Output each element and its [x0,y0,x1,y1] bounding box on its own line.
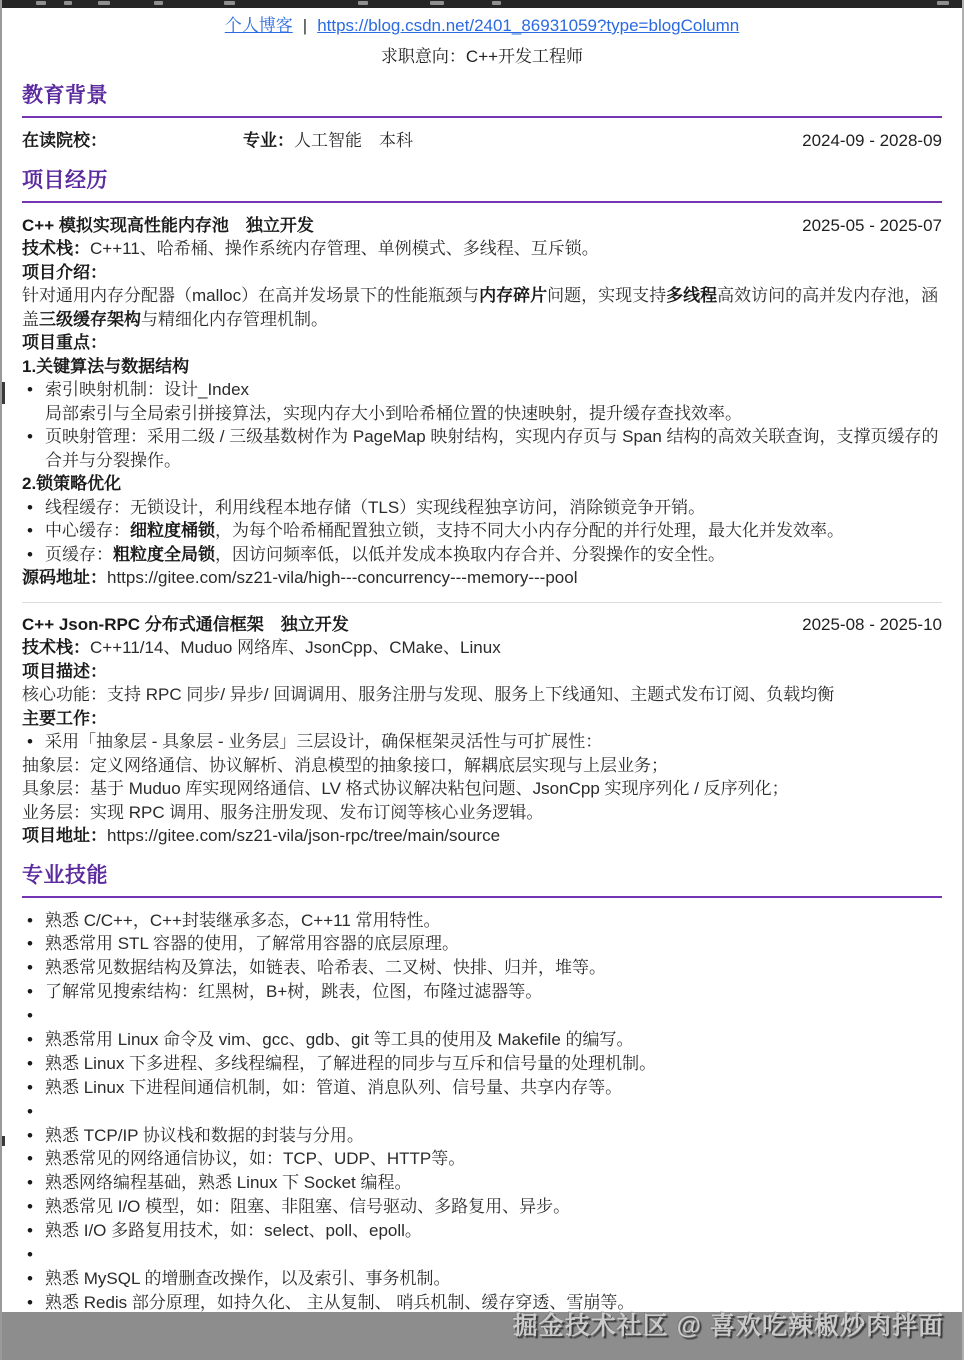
education-date: 2024-09 - 2028-09 [802,129,942,153]
section-title-projects: 项目经历 [22,168,942,194]
list-item: 熟悉 I/O 多路复用技术，如：select、poll、epoll。 [22,1219,942,1243]
list-item: 熟悉网络编程基础，熟悉 Linux 下 Socket 编程。 [22,1171,942,1195]
address-url: https://gitee.com/sz21-vila/json-rpc/tre… [107,826,500,845]
bullet-text: 中心缓存： [45,521,130,540]
list-item: 熟悉 Linux 下进程间通信机制，如：管道、消息队列、信号量、共享内存等。 [22,1076,942,1100]
list-item: 熟悉 C/C++，C++封装继承多态，C++11 常用特性。 [22,909,942,933]
glyph-fragment [98,1,110,5]
glyph-fragment [36,1,46,5]
section-rule [22,116,942,118]
list-item: 页缓存：粗粒度全局锁，因访问频率低，以低并发成本换取内存合并、分裂操作的安全性。 [22,543,942,567]
intro-text: 问题，实现支持 [547,286,666,305]
project2-layer1: 抽象层：定义网络通信、协议解析、消息模型的抽象接口，解耦底层实现与上层业务； [22,754,942,778]
list-item: 熟悉常见 I/O 模型，如：阻塞、非阻塞、信号驱动、多路复用、异步。 [22,1195,942,1219]
project2-bullet-list: 采用「抽象层 - 具象层 - 业务层」三层设计，确保框架灵活性与可扩展性： [22,730,942,754]
list-item [22,1243,942,1267]
list-item: 线程缓存：无锁设计，利用线程本地存储（TLS）实现线程独享访问，消除锁竞争开销。 [22,496,942,520]
cropped-previous-content-strip [2,0,962,8]
source-url: https://gitee.com/sz21-vila/high---concu… [107,568,577,587]
list-item [22,1100,942,1124]
bullet-text: ，为每个哈希桶配置独立锁，支持不同大小内存分配的并行处理，最大化并发效率。 [215,521,844,540]
project1-focus-label: 项目重点： [22,331,942,355]
project1-date: 2025-05 - 2025-07 [802,214,942,238]
major-value: 人工智能 本科 [294,131,413,150]
list-item [22,1004,942,1028]
list-item: 熟悉常用 STL 容器的使用，了解常用容器的底层原理。 [22,932,942,956]
major-label: 专业： [243,131,294,150]
project1-bullet-list-2: 线程缓存：无锁设计，利用线程本地存储（TLS）实现线程独享访问，消除锁竞争开销。… [22,496,942,567]
list-item: 熟悉 Redis 部分原理，如持久化、 主从复制、 哨兵机制、缓存穿透、雪崩等。 [22,1291,942,1315]
section-rule [22,896,942,898]
intro-bold: 内存碎片 [479,286,547,305]
intro-text: 针对通用内存分配器（malloc）在高并发场景下的性能瓶颈与 [22,286,479,305]
bullet-text: ，因访问频率低，以低并发成本换取内存合并、分裂操作的安全性。 [215,545,725,564]
list-item: 熟悉常用 Linux 命令及 vim、gcc、gdb、git 等工具的使用及 M… [22,1028,942,1052]
glyph-fragment [154,1,163,5]
project1-intro: 针对通用内存分配器（malloc）在高并发场景下的性能瓶颈与内存碎片问题，实现支… [22,284,942,331]
glyph-fragment [937,1,949,5]
list-item: 了解常见搜索结构：红黑树，B+树，跳表，位图，布隆过滤器等。 [22,980,942,1004]
bullet-text: 局部索引与全局索引拼接算法，实现内存大小到哈希桶位置的快速映射，提升缓存查找效率… [45,402,942,426]
project2-desc-label: 项目描述： [22,660,942,684]
bullet-bold: 粗粒度全局锁 [113,545,215,564]
project1-subheading-1: 1.关键算法与数据结构 [22,355,942,379]
project2-layer2: 具象层：基于 Muduo 库实现网络通信、LV 格式协议解决粘包问题、JsonC… [22,777,942,801]
list-item: 熟悉常见的网络通信协议，如：TCP、UDP、HTTP等。 [22,1147,942,1171]
personal-blog-link[interactable]: 个人博客 [225,16,293,35]
project2-header: C++ Json-RPC 分布式通信框架 独立开发 2025-08 - 2025… [22,613,942,637]
section-title-education: 教育背景 [22,83,942,109]
project1-tech: 技术栈：C++11、哈希桶、操作系统内存管理、单例模式、多线程、互斥锁。 [22,237,942,261]
tech-label: 技术栈： [22,638,90,657]
project2-name: C++ Json-RPC 分布式通信框架 独立开发 [22,613,349,637]
project2-work-label: 主要工作： [22,707,942,731]
project2-date: 2025-08 - 2025-10 [802,613,942,637]
glyph-fragment [64,1,72,5]
intro-bold: 三级缓存架构 [39,310,141,329]
glyph-fragment [430,1,444,5]
section-title-skills: 专业技能 [22,863,942,889]
project1-subheading-2: 2.锁策略优化 [22,472,942,496]
tech-value: C++11/14、Muduo 网络库、JsonCpp、CMake、Linux [90,638,501,657]
education-left: 在读院校：专业：人工智能 本科 [22,129,413,153]
project1-bullet-list: 索引映射机制：设计_Index 局部索引与全局索引拼接算法，实现内存大小到哈希桶… [22,378,942,472]
project1-intro-label: 项目介绍： [22,261,942,285]
job-intent: 求职意向：C++开发工程师 [22,45,942,69]
blog-url-link[interactable]: https://blog.csdn.net/2401_86931059?type… [317,16,739,35]
glyph-fragment [492,1,501,5]
list-item: 索引映射机制：设计_Index 局部索引与全局索引拼接算法，实现内存大小到哈希桶… [22,378,942,425]
link-separator: | [303,16,307,35]
education-row: 在读院校：专业：人工智能 本科 2024-09 - 2028-09 [22,129,942,153]
project2-address: 项目地址：https://gitee.com/sz21-vila/json-rp… [22,824,942,848]
watermark: 掘金技术社区 @ 喜欢吃辣椒炒肉拌面 [513,1315,944,1339]
source-label: 源码地址： [22,568,107,587]
project1-name: C++ 模拟实现高性能内存池 独立开发 [22,214,314,238]
tech-label: 技术栈： [22,239,90,258]
project1-source: 源码地址：https://gitee.com/sz21-vila/high---… [22,566,942,590]
school-label: 在读院校： [22,131,107,150]
intro-text: 与精细化内存管理机制。 [141,310,328,329]
header-links: 个人博客|https://blog.csdn.net/2401_86931059… [22,14,942,38]
list-item: 中心缓存：细粒度桶锁，为每个哈希桶配置独立锁，支持不同大小内存分配的并行处理，最… [22,519,942,543]
list-item: 熟悉 MySQL 的增删查改操作，以及索引、事务机制。 [22,1267,942,1291]
scan-artifact [2,382,5,404]
list-item: 熟悉 Linux 下多进程、多线程编程，了解进程的同步与互斥和信号量的处理机制。 [22,1052,942,1076]
project2-tech: 技术栈：C++11/14、Muduo 网络库、JsonCpp、CMake、Lin… [22,636,942,660]
list-item: 页映射管理：采用二级 / 三级基数树作为 PageMap 映射结构，实现内存页与… [22,425,942,472]
section-rule [22,201,942,203]
project2-layer3: 业务层：实现 RPC 调用、服务注册发现、发布订阅等核心业务逻辑。 [22,801,942,825]
scan-artifact [2,1136,5,1146]
glyph-fragment [358,1,368,5]
project2-core: 核心功能：支持 RPC 同步/ 异步/ 回调调用、服务注册与发现、服务上下线通知… [22,683,942,707]
list-item: 采用「抽象层 - 具象层 - 业务层」三层设计，确保框架灵活性与可扩展性： [22,730,942,754]
bullet-bold: 细粒度桶锁 [130,521,215,540]
list-item: 熟悉 TCP/IP 协议栈和数据的封装与分用。 [22,1124,942,1148]
glyph-fragment [224,1,235,5]
bullet-text: 页缓存： [45,545,113,564]
resume-page: 个人博客|https://blog.csdn.net/2401_86931059… [0,0,964,1360]
skills-list: 熟悉 C/C++，C++封装继承多态，C++11 常用特性。 熟悉常用 STL … [22,909,942,1315]
bullet-text: 索引映射机制：设计_Index [45,378,942,402]
project-divider [22,602,942,603]
list-item: 熟悉常见数据结构及算法，如链表、哈希表、二叉树、快排、归并，堆等。 [22,956,942,980]
address-label: 项目地址： [22,826,107,845]
tech-value: C++11、哈希桶、操作系统内存管理、单例模式、多线程、互斥锁。 [90,239,599,258]
intro-bold: 多线程 [666,286,717,305]
project1-header: C++ 模拟实现高性能内存池 独立开发 2025-05 - 2025-07 [22,214,942,238]
